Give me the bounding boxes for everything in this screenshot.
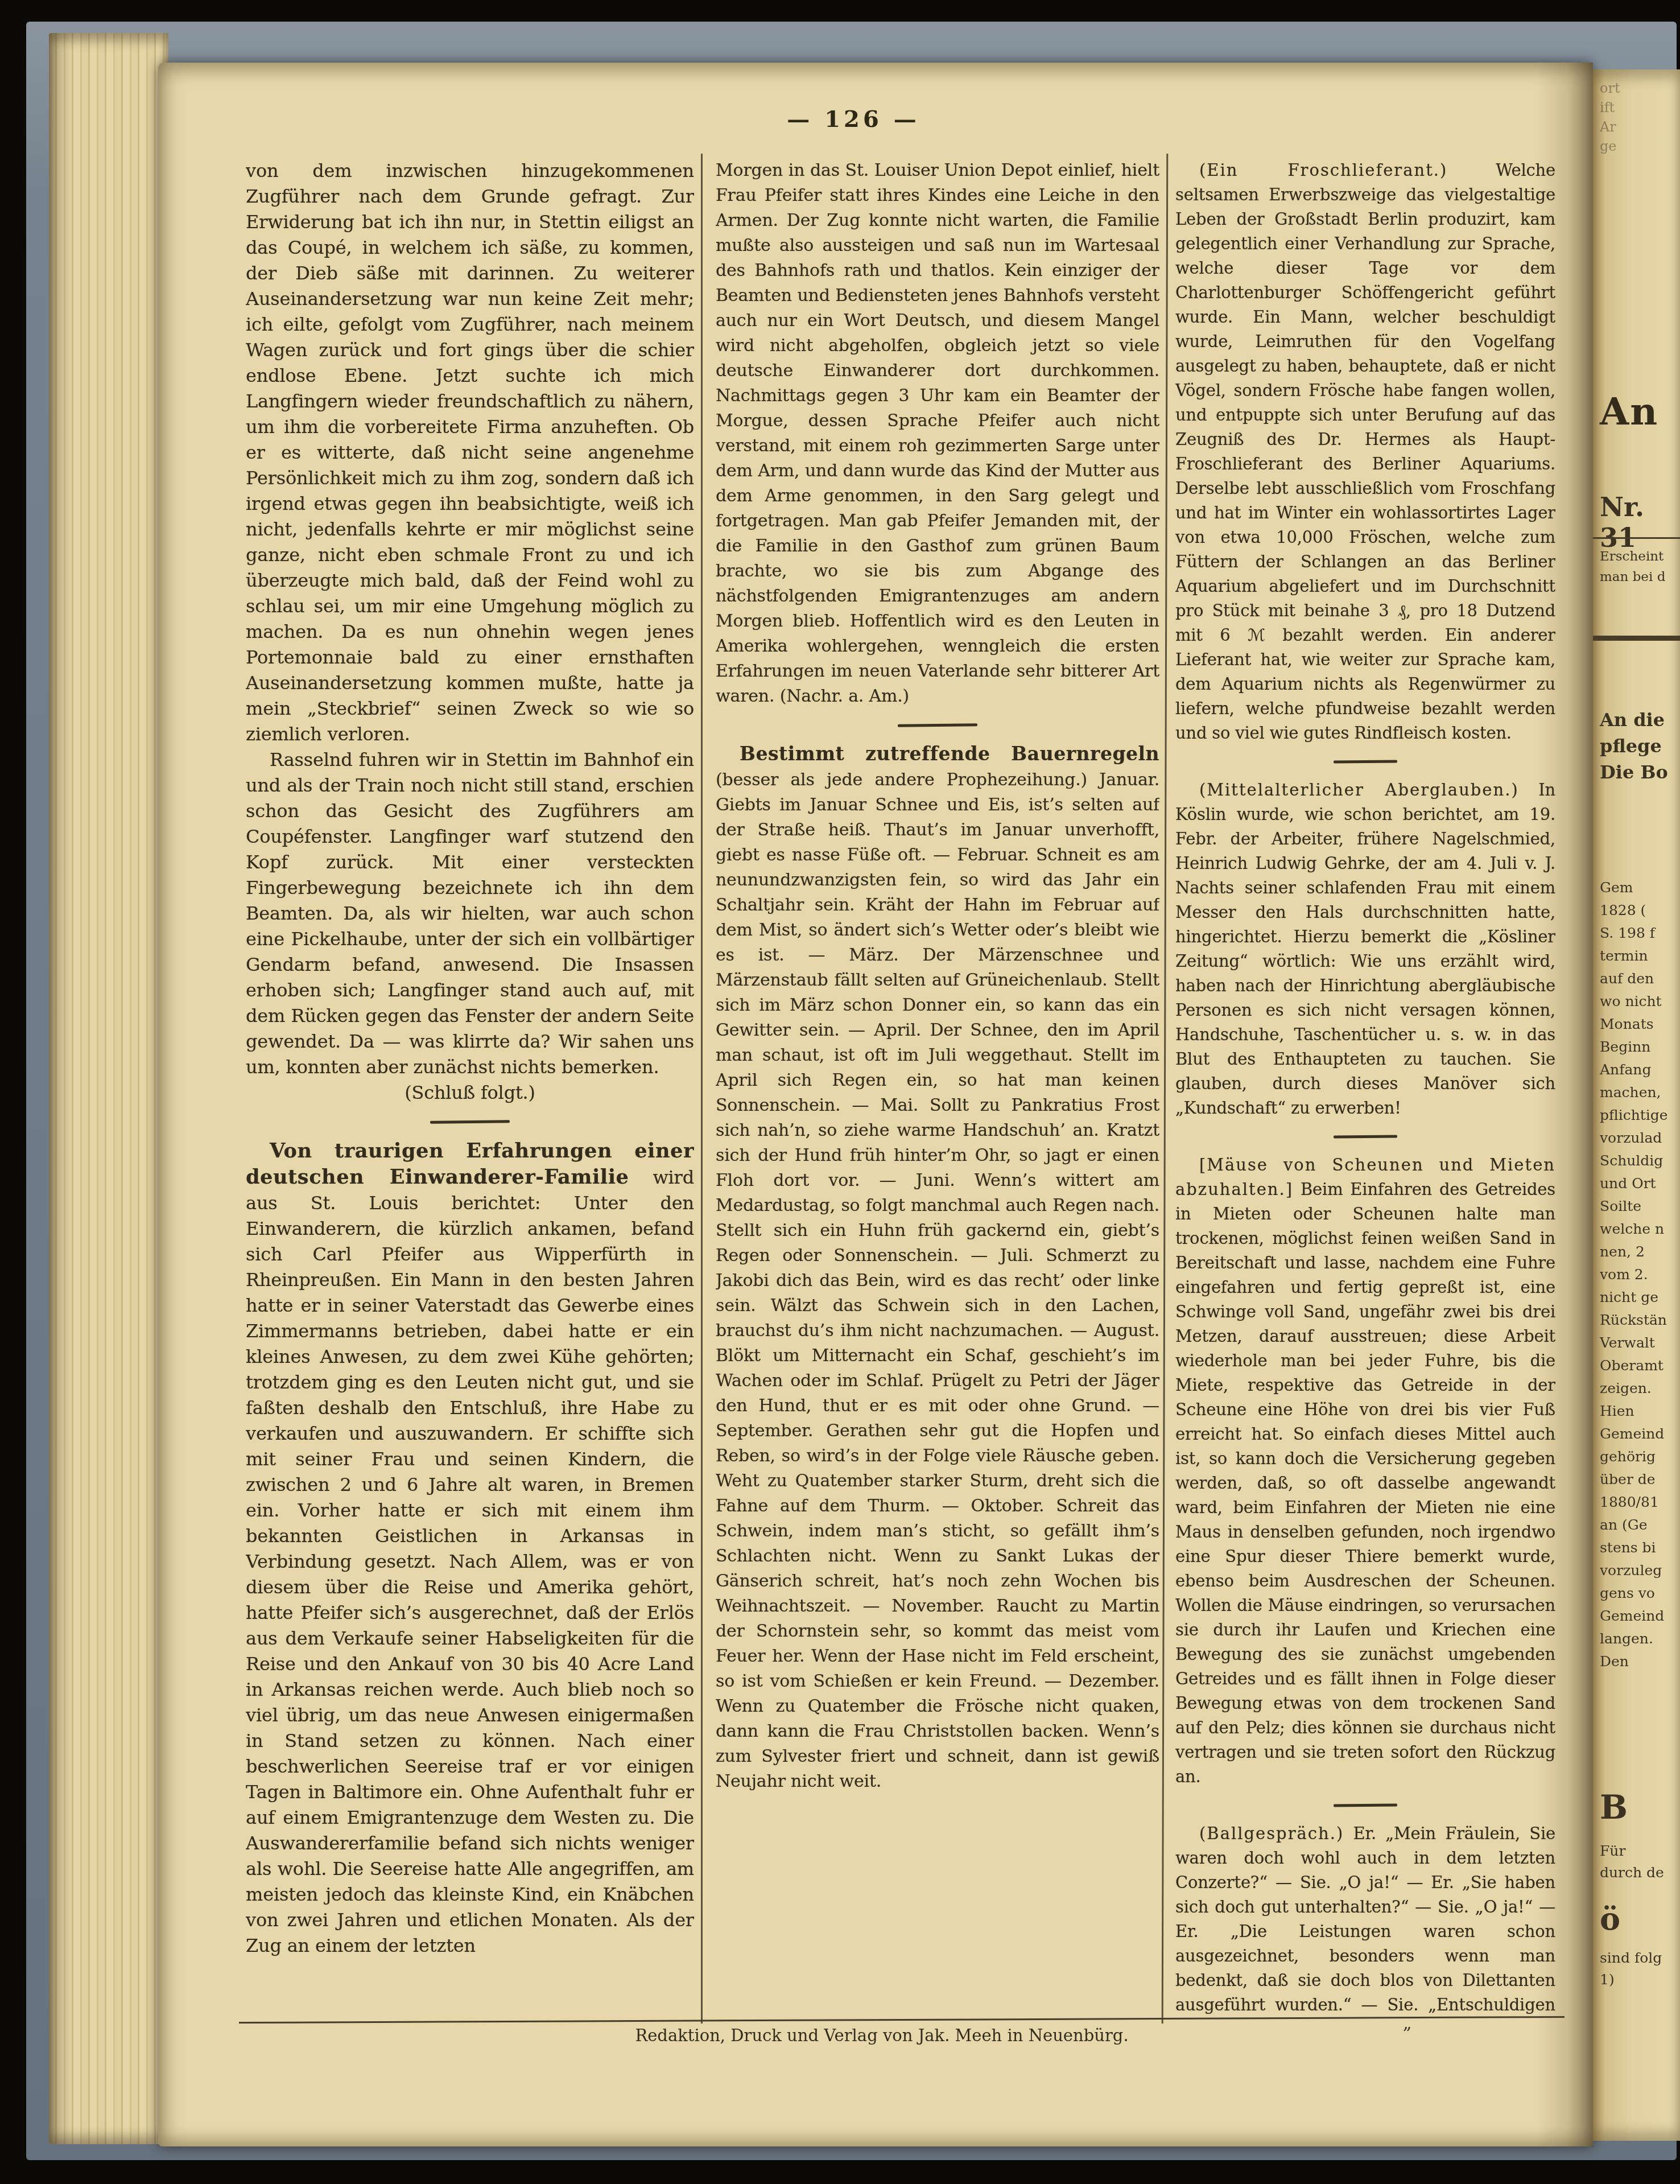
imprint-line: Redaktion, Druck und Verlag von Jak. Mee… — [216, 2026, 1547, 2045]
article-aberglauben-text: In Köslin wurde, wie schon berichtet, am… — [1175, 780, 1555, 1118]
adjacent-page-top-fragments: ort ift Ar ge — [1600, 79, 1620, 156]
article-bauernregeln: Bestimmt zutreffende Bauernregeln (besse… — [716, 741, 1159, 1794]
column-rule-1 — [701, 154, 703, 2024]
article-maeuse-tipp-text: Beim Einfahren des Getreides in Mieten o… — [1175, 1180, 1555, 1786]
article-separator — [1334, 760, 1397, 763]
adjacent-body-fragments: Gem 1828 ( S. 198 f termin auf den wo ni… — [1600, 876, 1668, 1673]
article-separator — [430, 1120, 510, 1123]
adjacent-notice-title-fragments: An die pflege Die Bo — [1600, 707, 1668, 785]
article-langfinger-continuation-text: von dem inzwischen hinzugekommenen Zugfü… — [246, 160, 694, 745]
page-number: — 126 — — [654, 106, 1052, 133]
adjacent-issue-number-fragment: Nr. 31 — [1600, 492, 1680, 553]
scanned-newspaper-page: — 126 — von dem inzwischen hinzugekommen… — [0, 0, 1680, 2184]
adjacent-masthead-fragment: An — [1600, 389, 1658, 434]
adjacent-page-edge: ort ift Ar ge An Nr. 31 Erscheint man be… — [1593, 69, 1680, 2141]
article-emigrant-family-continuation: Morgen in das St. Louiser Union Depot ei… — [716, 158, 1159, 709]
article-emigrant-family-lead: Von traurigen Erfahrungen einer deutsche… — [246, 1139, 694, 1189]
article-separator — [898, 723, 977, 727]
article-froschlieferant-lead: (Ein Froschlieferant.) — [1199, 160, 1447, 180]
article-ballgespraech-lead: (Ballgespräch.) — [1199, 1824, 1344, 1843]
adjacent-initial-fragment-1: B — [1600, 1788, 1628, 1827]
article-froschlieferant: (Ein Froschlieferant.) Welche seltsamen … — [1175, 158, 1555, 745]
article-ballgespraech: (Ballgespräch.) Er. „Mein Fräulein, Sie … — [1175, 1822, 1555, 2014]
adjacent-bottom-fragments-2: sind folg 1) — [1600, 1947, 1662, 1991]
column-3: (Ein Froschlieferant.) Welche seltsamen … — [1175, 158, 1555, 2014]
adjacent-thin-rule — [1593, 537, 1680, 539]
article-langfinger-para2: Rasselnd fuhren wir in Stettin im Bahnho… — [246, 747, 694, 1080]
article-langfinger-para2-text: Rasselnd fuhren wir in Stettin im Bahnho… — [246, 749, 694, 1078]
column-2: Morgen in das St. Louiser Union Depot ei… — [716, 158, 1159, 2014]
page-stack-edges — [49, 33, 168, 2144]
article-maeuse-tipp: [Mäuse von Scheunen und Mieten abzuhalte… — [1175, 1153, 1555, 1789]
adjacent-thick-rule — [1593, 636, 1680, 641]
article-separator — [1334, 1135, 1397, 1138]
column-1: von dem inzwischen hinzugekommenen Zugfü… — [246, 158, 694, 2014]
adjacent-bottom-fragments-1: Für durch de — [1600, 1840, 1664, 1884]
page-fold-shadow — [1536, 63, 1593, 2146]
adjacent-subscription-fragments: Erscheint man bei d — [1600, 546, 1665, 587]
article-froschlieferant-text: Welche seltsamen Erwerbszweige das vielg… — [1175, 160, 1555, 743]
catchword-mark: „ — [1403, 2013, 1412, 2033]
schluss-folgt-note: (Schluß folgt.) — [246, 1080, 694, 1106]
adjacent-initial-fragment-2: ö — [1600, 1901, 1620, 1937]
article-emigrant-family-continuation-text: Morgen in das St. Louiser Union Depot ei… — [716, 160, 1159, 706]
article-emigrant-family-text: wird aus St. Louis berichtet: Unter den … — [246, 1167, 694, 1956]
article-emigrant-family: Von traurigen Erfahrungen einer deutsche… — [246, 1138, 694, 1959]
article-bauernregeln-lead: Bestimmt zutreffende Bauernregeln — [740, 743, 1159, 765]
article-aberglauben: (Mittelalterlicher Aberglauben.) In Kösl… — [1175, 778, 1555, 1120]
article-bauernregeln-text: (besser als jede andere Prophezeihung.) … — [716, 770, 1159, 1791]
article-langfinger-continuation: von dem inzwischen hinzugekommenen Zugfü… — [246, 158, 694, 747]
article-ballgespraech-text: Er. „Mein Fräulein, Sie waren doch wohl … — [1175, 1824, 1555, 2014]
article-separator — [1334, 1803, 1397, 1807]
article-aberglauben-lead: (Mittelalterlicher Aberglauben.) — [1199, 780, 1519, 800]
